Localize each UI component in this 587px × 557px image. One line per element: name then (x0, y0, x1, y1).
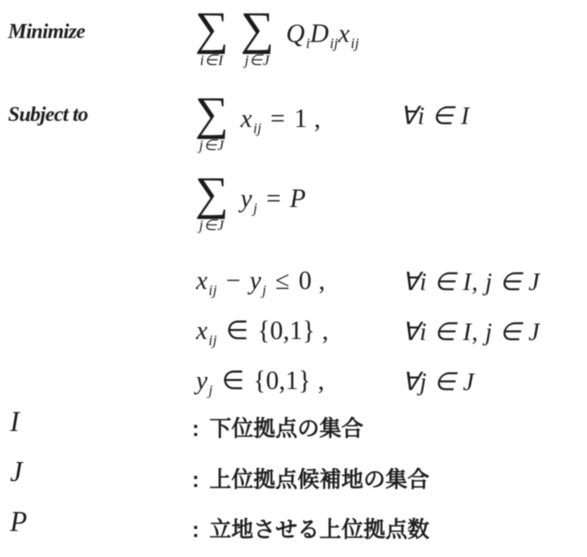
subscript: j (253, 201, 257, 217)
sum-operator: ∑ j∈J (195, 173, 229, 234)
element-of-sign: ∈ (222, 366, 245, 396)
variable-y: yj (241, 184, 258, 214)
comma: , (322, 316, 329, 346)
equals-sign: = (270, 104, 285, 134)
colon-separator: : (192, 467, 199, 493)
variable-x: xij (241, 104, 262, 134)
sum-operator-outer: ∑ i∈I (195, 8, 229, 69)
constraint-assignment: ∑ j∈J xij = 1 , (195, 93, 321, 154)
variable-x: xij (338, 19, 359, 49)
constraint-p-facilities: ∑ j∈J yj = P (195, 173, 306, 234)
rhs-value: 0 (299, 266, 312, 296)
variable-y: yj (196, 366, 213, 396)
sum-symbol: ∑ (195, 173, 229, 216)
objective-formula: ∑ i∈I ∑ j∈J Qi Dij xij (195, 8, 359, 69)
subscript: ij (209, 333, 217, 349)
sum-symbol: ∑ (241, 8, 275, 51)
sum-limit: j∈J (199, 219, 224, 234)
binary-set: {0,1} (258, 316, 315, 346)
sum-limit: j∈J (199, 139, 224, 154)
variable-x: xij (196, 316, 217, 346)
colon-separator: : (192, 416, 199, 442)
sum-limit: j∈J (245, 54, 270, 69)
rhs-value: 1 (294, 104, 307, 134)
definition-text-I: : 下位拠点の集合 (192, 412, 363, 443)
definition-text: 下位拠点の集合 (209, 412, 363, 443)
sum-limit: i∈I (200, 54, 224, 69)
quantifier: ∀i ∈ I, j ∈ J (402, 267, 540, 297)
variable-P: P (290, 184, 306, 214)
subscript: ij (209, 283, 217, 299)
variable-x: xij (196, 266, 217, 296)
quantifier: ∀i ∈ I (400, 101, 470, 131)
definition-text-J: : 上位拠点候補地の集合 (192, 463, 429, 494)
colon-separator: : (192, 517, 199, 543)
quantifier: ∀i ∈ I, j ∈ J (402, 317, 540, 347)
equals-sign: = (266, 184, 281, 214)
definition-text-P: : 立地させる上位拠点数 (192, 513, 429, 544)
quantifier: ∀j ∈ J (402, 367, 474, 397)
constraint-y-binary: yj ∈ {0,1} , (196, 366, 324, 396)
objective-terms: Qi Dij xij (286, 19, 359, 49)
subscript: ij (253, 121, 261, 137)
subscript: ij (330, 36, 338, 52)
constraint-linking: xij − yj ≤ 0 , (196, 266, 325, 296)
binary-set: {0,1} (253, 366, 310, 396)
variable-y: yj (250, 266, 267, 296)
comma: , (319, 266, 326, 296)
sum-operator: ∑ j∈J (195, 93, 229, 154)
definition-text: 上位拠点候補地の集合 (209, 463, 429, 494)
element-of-sign: ∈ (226, 316, 249, 346)
comma: , (314, 104, 321, 134)
definition-text: 立地させる上位拠点数 (209, 513, 429, 544)
sum-operator-inner: ∑ j∈J (241, 8, 275, 69)
definition-symbol-P: P (10, 507, 27, 539)
definition-symbol-I: I (10, 407, 19, 439)
subscript: j (209, 383, 213, 399)
subscript: ij (351, 36, 359, 52)
document-page: Minimize ∑ i∈I ∑ j∈J Qi Dij xij Subject … (0, 0, 587, 557)
minus-sign: − (226, 266, 241, 296)
variable-D: Dij (310, 19, 338, 49)
subject-to-label: Subject to (8, 102, 88, 127)
variable-Q: Qi (286, 19, 310, 49)
objective-label: Minimize (8, 19, 85, 44)
leq-sign: ≤ (275, 266, 289, 296)
definition-symbol-J: J (10, 457, 22, 489)
sum-symbol: ∑ (195, 8, 229, 51)
sum-symbol: ∑ (195, 93, 229, 136)
comma: , (318, 366, 325, 396)
subscript: j (262, 283, 266, 299)
constraint-x-binary: xij ∈ {0,1} , (196, 316, 329, 346)
